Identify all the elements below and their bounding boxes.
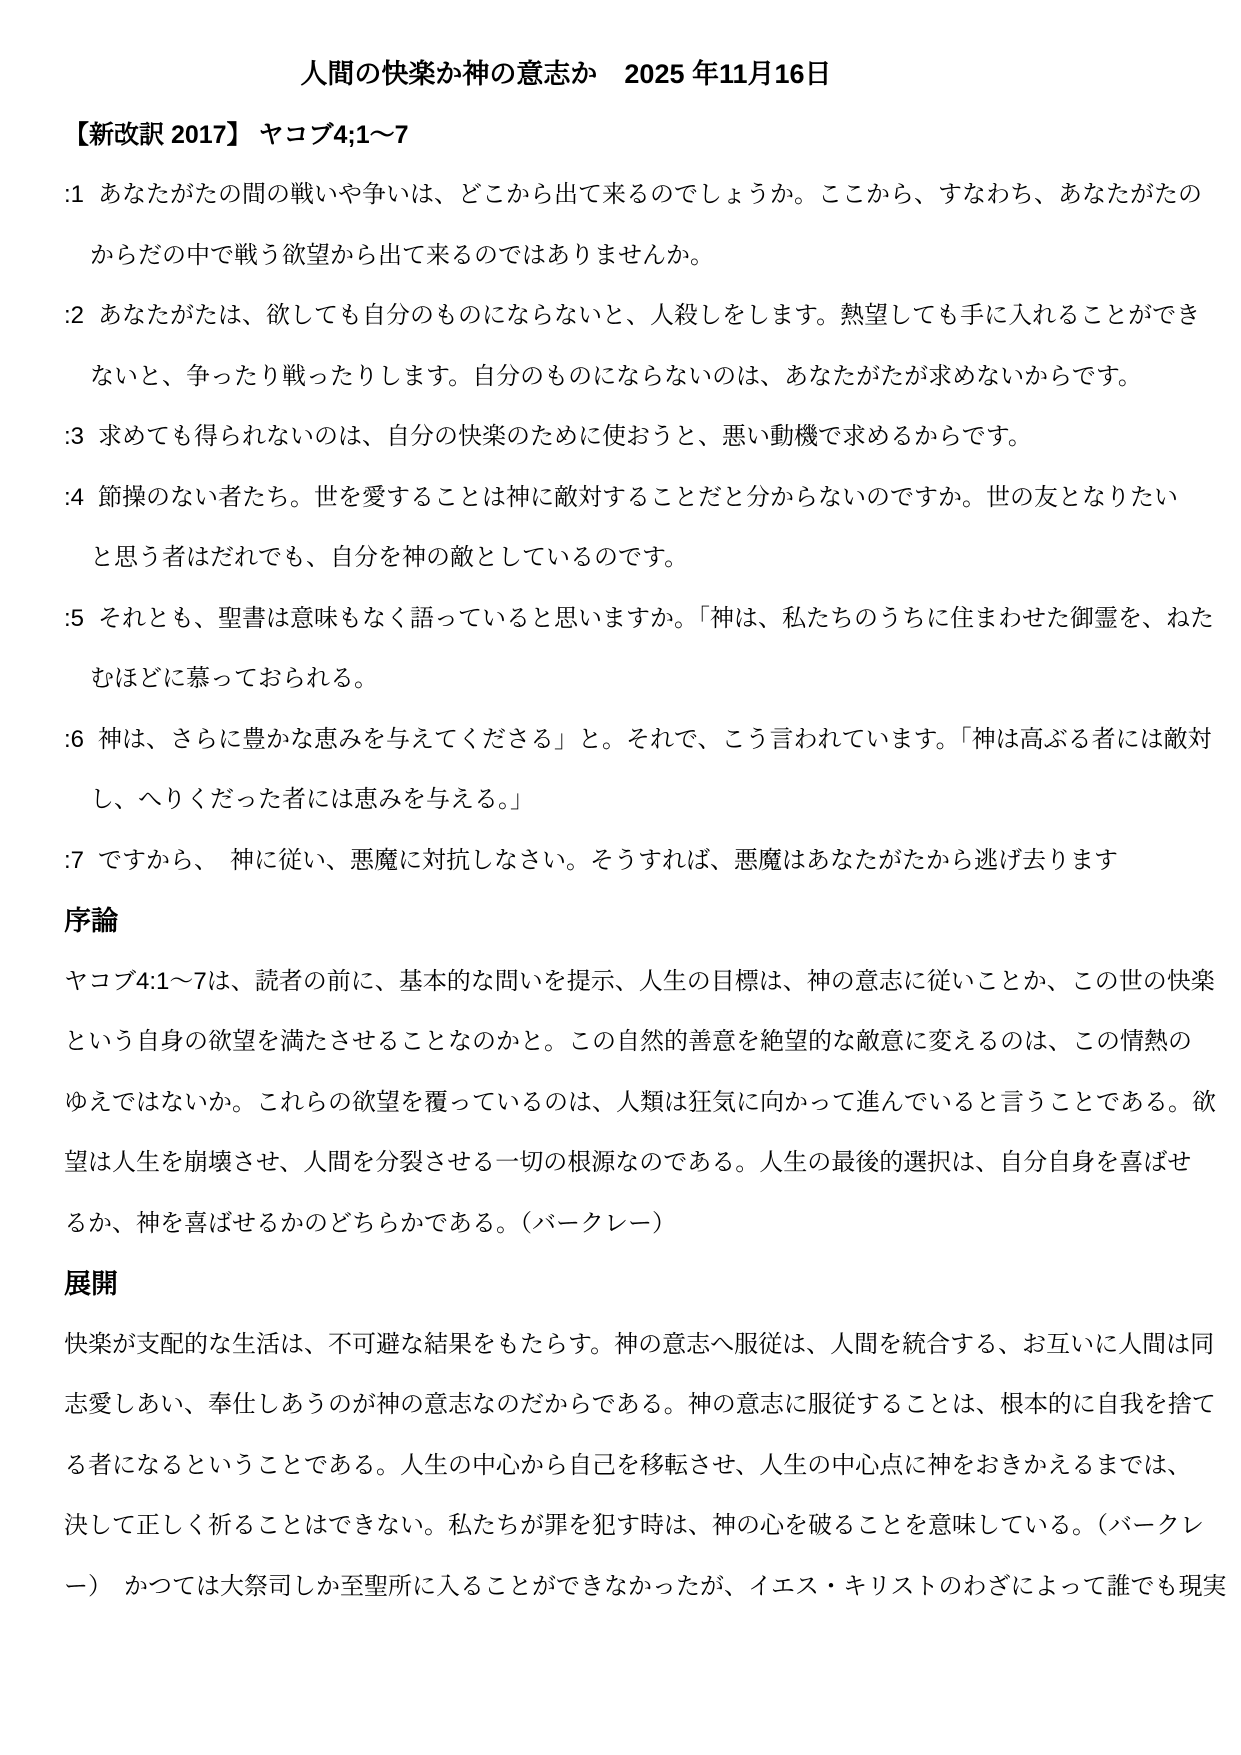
development-paragraph-line: 決して正しく祈ることはできない。私たちが罪を犯す時は、神の心を破ることを意味して… bbox=[64, 1496, 1183, 1557]
verse-number: :1 bbox=[64, 181, 84, 208]
verse-number: :2 bbox=[64, 302, 84, 329]
verse-text: ですから、 神に従い、悪魔に対抗しなさい。そうすれば、悪魔はあなたがたから逃げ去… bbox=[98, 847, 1118, 874]
verse-line-4: :4節操のない者たち。世を愛することは神に敵対することだと分からないのですか。世… bbox=[64, 468, 1183, 529]
verse-text: 節操のない者たち。世を愛することは神に敵対することだと分からないのですか。世の友… bbox=[98, 484, 1178, 511]
verse-line-7: :7ですから、 神に従い、悪魔に対抗しなさい。そうすれば、悪魔はあなたがたから逃… bbox=[64, 831, 1183, 892]
document-page: 人間の快楽か神の意志か 2025 年11月16日 【新改訳 2017】 ヤコブ4… bbox=[0, 0, 1241, 1755]
verse-text: あなたがたは、欲しても自分のものにならないと、人殺しをします。熱望しても手に入れ… bbox=[98, 302, 1200, 329]
development-paragraph-line: 快楽が支配的な生活は、不可避な結果をもたらす。神の意志へ服従は、人間を統合する、… bbox=[64, 1315, 1183, 1376]
verse-line-5-continuation: むほどに慕っておられる。 bbox=[64, 649, 1183, 710]
verse-number: :7 bbox=[64, 847, 84, 874]
verse-line-1-continuation: からだの中で戦う欲望から出て来るのではありませんか。 bbox=[64, 226, 1183, 287]
page-title: 人間の快楽か神の意志か 2025 年11月16日 bbox=[64, 44, 1183, 105]
verse-number: :6 bbox=[64, 726, 84, 753]
development-paragraph-line: 志愛しあい、奉仕しあうのが神の意志なのだからである。神の意志に服従することは、根… bbox=[64, 1375, 1183, 1436]
development-paragraph-line: る者になるということである。人生の中心から自己を移転させ、人生の中心点に神をおき… bbox=[64, 1436, 1183, 1497]
verse-text: 神は、さらに豊かな恵みを与えてくださる」と。それで、こう言われています。「神は高… bbox=[98, 726, 1212, 753]
section-heading-introduction: 序論 bbox=[64, 891, 1183, 952]
verse-text: あなたがたの間の戦いや争いは、どこから出て来るのでしょうか。ここから、すなわち、… bbox=[98, 181, 1202, 208]
intro-paragraph-line: という自身の欲望を満たさせることなのかと。この自然的善意を絶望的な敵意に変えるの… bbox=[64, 1012, 1183, 1073]
verse-line-6: :6神は、さらに豊かな恵みを与えてくださる」と。それで、こう言われています。「神… bbox=[64, 710, 1183, 771]
intro-paragraph-line: 望は人生を崩壊させ、人間を分裂させる一切の根源なのである。人生の最後的選択は、自… bbox=[64, 1133, 1183, 1194]
verse-text: それとも、聖書は意味もなく語っていると思いますか。「神は、私たちのうちに住まわせ… bbox=[98, 605, 1214, 632]
verse-line-4-continuation: と思う者はだれでも、自分を神の敵としているのです。 bbox=[64, 528, 1183, 589]
section-heading-development: 展開 bbox=[64, 1254, 1183, 1315]
development-paragraph-line: ー） かつては大祭司しか至聖所に入ることができなかったが、イエス・キリストのわざ… bbox=[64, 1557, 1183, 1618]
verse-number: :4 bbox=[64, 484, 84, 511]
verse-number: :3 bbox=[64, 423, 84, 450]
verse-line-6-continuation: し、へりくだった者には恵みを与える。」 bbox=[64, 770, 1183, 831]
verse-line-5: :5それとも、聖書は意味もなく語っていると思いますか。「神は、私たちのうちに住ま… bbox=[64, 589, 1183, 650]
verse-text: 求めても得られないのは、自分の快楽のために使おうと、悪い動機で求めるからです。 bbox=[98, 423, 1032, 450]
verse-line-3: :3求めても得られないのは、自分の快楽のために使おうと、悪い動機で求めるからです… bbox=[64, 407, 1183, 468]
intro-paragraph-line: ヤコブ4:1～7は、読者の前に、基本的な問いを提示、人生の目標は、神の意志に従い… bbox=[64, 952, 1183, 1013]
verse-line-1: :1あなたがたの間の戦いや争いは、どこから出て来るのでしょうか。ここから、すなわ… bbox=[64, 165, 1183, 226]
intro-paragraph-line: ゆえではないか。これらの欲望を覆っているのは、人類は狂気に向かって進んでいると言… bbox=[64, 1073, 1183, 1134]
verse-number: :5 bbox=[64, 605, 84, 632]
intro-paragraph-line: るか、神を喜ばせるかのどちらかである。（バークレー） bbox=[64, 1194, 1183, 1255]
verse-line-2-continuation: ないと、争ったり戦ったりします。自分のものにならないのは、あなたがたが求めないか… bbox=[64, 347, 1183, 408]
verse-line-2: :2あなたがたは、欲しても自分のものにならないと、人殺しをします。熱望しても手に… bbox=[64, 286, 1183, 347]
scripture-reference: 【新改訳 2017】 ヤコブ4;1～7 bbox=[64, 105, 1183, 166]
